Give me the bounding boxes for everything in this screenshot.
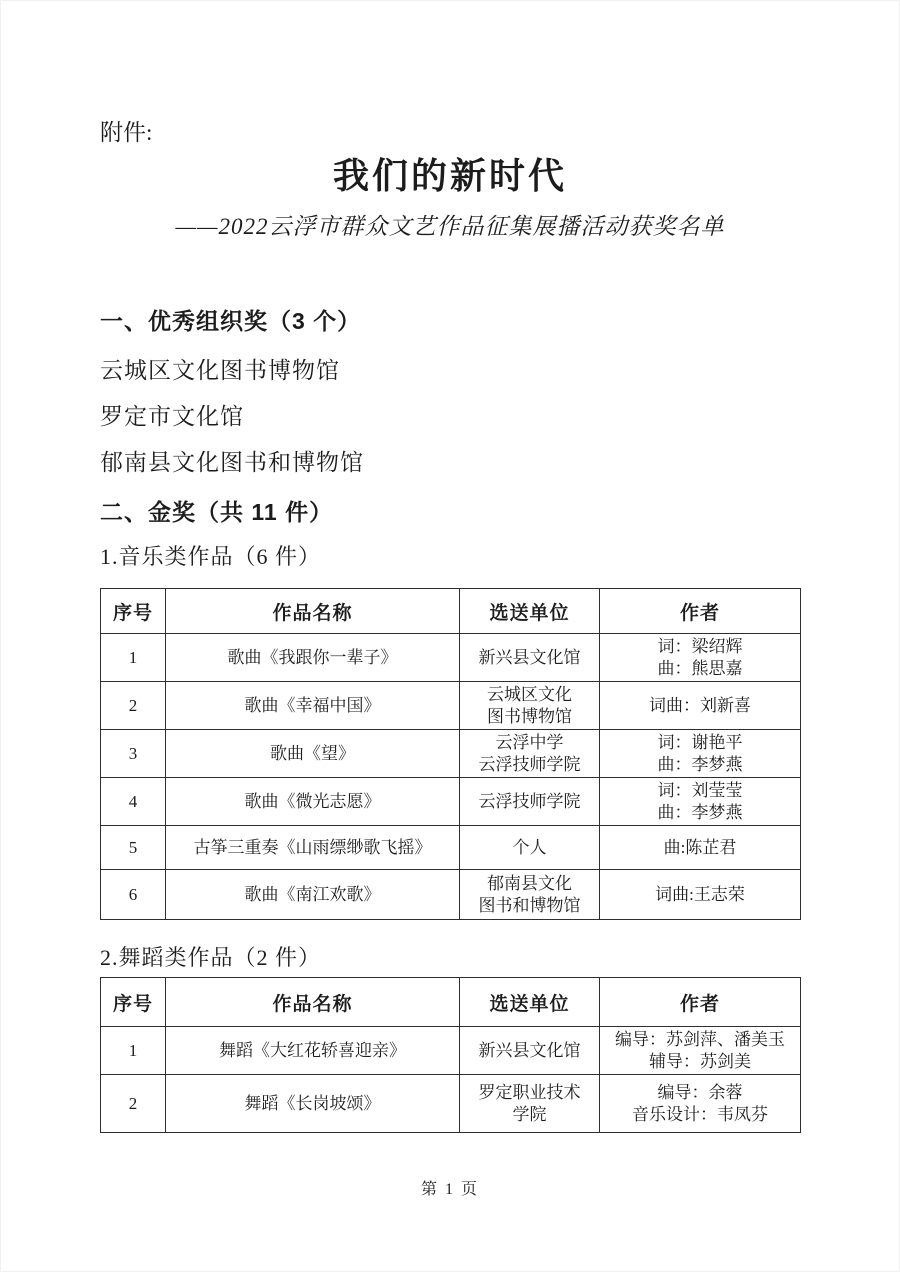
page-number: 第 1 页 [0,1176,900,1199]
cell-unit: 云城区文化 图书博物馆 [460,682,600,730]
cell-work-name: 歌曲《我跟你一辈子》 [166,634,460,682]
cell-serial: 1 [101,1027,166,1075]
cell-unit: 新兴县文化馆 [460,634,600,682]
column-header-work-name: 作品名称 [166,589,460,634]
cell-author: 编导：余蓉 音乐设计：韦凤芬 [600,1075,801,1133]
cell-author: 词：梁绍辉 曲：熊思嘉 [600,634,801,682]
cell-work-name: 歌曲《幸福中国》 [166,682,460,730]
cell-work-name: 古筝三重奏《山雨缥缈歌飞摇》 [166,826,460,870]
cell-unit: 郁南县文化 图书和博物馆 [460,870,600,920]
org-award-item-3: 郁南县文化图书和博物馆 [100,444,364,477]
music-table-caption: 1.音乐类作品（6 件） [100,540,321,571]
cell-unit: 个人 [460,826,600,870]
cell-work-name: 舞蹈《大红花轿喜迎亲》 [166,1027,460,1075]
cell-serial: 2 [101,1075,166,1133]
table-header-row: 序号 作品名称 选送单位 作者 [101,978,801,1027]
section-heading-org-award: 一、优秀组织奖（3 个） [100,303,361,336]
cell-unit: 云浮技师学院 [460,778,600,826]
org-award-item-1: 云城区文化图书博物馆 [100,352,340,385]
section-heading-gold-award: 二、金奖（共 11 件） [100,494,333,527]
table-row: 5 古筝三重奏《山雨缥缈歌飞摇》 个人 曲:陈芷君 [101,826,801,870]
cell-unit: 云浮中学 云浮技师学院 [460,730,600,778]
cell-author: 曲:陈芷君 [600,826,801,870]
table-row: 2 舞蹈《长岗坡颂》 罗定职业技术 学院 编导：余蓉 音乐设计：韦凤芬 [101,1075,801,1133]
document-subtitle: ——2022云浮市群众文艺作品征集展播活动获奖名单 [0,208,900,241]
cell-author: 词曲:王志荣 [600,870,801,920]
column-header-unit: 选送单位 [460,978,600,1027]
cell-unit: 罗定职业技术 学院 [460,1075,600,1133]
table-row: 4 歌曲《微光志愿》 云浮技师学院 词：刘莹莹 曲：李梦燕 [101,778,801,826]
column-header-serial: 序号 [101,589,166,634]
org-award-item-2: 罗定市文化馆 [100,398,244,431]
cell-serial: 5 [101,826,166,870]
cell-work-name: 歌曲《望》 [166,730,460,778]
cell-serial: 4 [101,778,166,826]
document-title: 我们的新时代 [0,148,900,199]
table-row: 1 歌曲《我跟你一辈子》 新兴县文化馆 词：梁绍辉 曲：熊思嘉 [101,634,801,682]
dance-works-table: 序号 作品名称 选送单位 作者 1 舞蹈《大红花轿喜迎亲》 新兴县文化馆 编导：… [100,977,801,1133]
table-row: 1 舞蹈《大红花轿喜迎亲》 新兴县文化馆 编导：苏剑萍、潘美玉 辅导：苏剑美 [101,1027,801,1075]
cell-unit: 新兴县文化馆 [460,1027,600,1075]
document-page: 附件: 我们的新时代 ——2022云浮市群众文艺作品征集展播活动获奖名单 一、优… [0,0,900,1272]
cell-author: 词曲：刘新喜 [600,682,801,730]
cell-work-name: 歌曲《微光志愿》 [166,778,460,826]
dance-table-caption: 2.舞蹈类作品（2 件） [100,941,321,972]
music-works-table: 序号 作品名称 选送单位 作者 1 歌曲《我跟你一辈子》 新兴县文化馆 词：梁绍… [100,588,801,920]
cell-work-name: 歌曲《南江欢歌》 [166,870,460,920]
table-row: 3 歌曲《望》 云浮中学 云浮技师学院 词：谢艳平 曲：李梦燕 [101,730,801,778]
table-header-row: 序号 作品名称 选送单位 作者 [101,589,801,634]
column-header-author: 作者 [600,589,801,634]
column-header-serial: 序号 [101,978,166,1027]
column-header-unit: 选送单位 [460,589,600,634]
cell-author: 词：谢艳平 曲：李梦燕 [600,730,801,778]
cell-serial: 2 [101,682,166,730]
cell-serial: 1 [101,634,166,682]
cell-work-name: 舞蹈《长岗坡颂》 [166,1075,460,1133]
table-row: 6 歌曲《南江欢歌》 郁南县文化 图书和博物馆 词曲:王志荣 [101,870,801,920]
cell-author: 编导：苏剑萍、潘美玉 辅导：苏剑美 [600,1027,801,1075]
column-header-work-name: 作品名称 [166,978,460,1027]
cell-serial: 3 [101,730,166,778]
table-row: 2 歌曲《幸福中国》 云城区文化 图书博物馆 词曲：刘新喜 [101,682,801,730]
attachment-label: 附件: [100,114,152,147]
cell-author: 词：刘莹莹 曲：李梦燕 [600,778,801,826]
column-header-author: 作者 [600,978,801,1027]
cell-serial: 6 [101,870,166,920]
